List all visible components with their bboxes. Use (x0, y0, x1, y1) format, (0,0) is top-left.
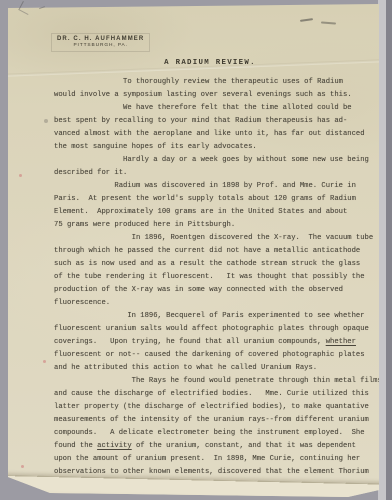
document-line: Paris. At present the world's supply tot… (54, 193, 372, 206)
document-line: described for it. (54, 167, 372, 180)
document-line: the most sanguine hopes of its early adv… (54, 141, 372, 154)
letterhead-name: DR. C. H. AUFHAMMER (57, 36, 144, 42)
document-line: and cause the discharge of electrified b… (54, 388, 372, 401)
document-line: compounds. A delicate electrometer being… (54, 427, 372, 440)
document-line: In 1896, Roentgen discovered the X-ray. … (54, 232, 372, 245)
document-line: such as is now used and as a result the … (54, 258, 372, 271)
pink-speck (21, 465, 24, 468)
document-line: vanced almost with the aeroplane and lik… (54, 128, 372, 141)
document-title: A RADIUM REVIEW. (54, 59, 366, 67)
document-line: In 1896, Becquerel of Paris experimented… (54, 310, 372, 323)
gray-speck (44, 119, 48, 123)
document-line: latter property (the discharge of electr… (54, 401, 372, 414)
document-line: The Rays he found would penetrate throug… (54, 375, 372, 388)
scanned-document-photo: DR. C. H. AUFHAMMER PITTSBURGH, PA. A RA… (0, 0, 392, 500)
document-line: would involve a symposium lasting over s… (54, 89, 372, 102)
document-line: through which he passed the current did … (54, 245, 372, 258)
document-line: fluorescence. (54, 297, 372, 310)
document-line: coverings. Upon trying, he found that al… (54, 336, 372, 349)
document-line: We have therefore felt that the time all… (54, 102, 372, 115)
document-line: 75 grams were produced here in Pittsburg… (54, 219, 372, 232)
letterhead: DR. C. H. AUFHAMMER PITTSBURGH, PA. (51, 33, 150, 52)
pink-speck (43, 360, 46, 363)
document-line: Radium was discovered in 1898 by Prof. a… (54, 180, 372, 193)
pink-speck (19, 174, 22, 177)
document-line: and he attributed this action to what he… (54, 362, 372, 375)
document-line: Hardly a day or a week goes by without s… (54, 154, 372, 167)
document-line: upon the amount of uranium present. In 1… (54, 453, 372, 466)
letterhead-city: PITTSBURGH, PA. (57, 43, 144, 48)
document-line: To thoroughly review the therapeutic use… (54, 76, 372, 89)
document-line: Element. Approximately 100 grams are in … (54, 206, 372, 219)
document-line: of the tube rendering it fluorescent. It… (54, 271, 372, 284)
document-line: production of the X-ray was in some way … (54, 284, 372, 297)
document-body: To thoroughly review the therapeutic use… (54, 76, 372, 479)
letter-paper-sheet: DR. C. H. AUFHAMMER PITTSBURGH, PA. A RA… (8, 4, 379, 498)
document-line: measurements of the intensity of the ura… (54, 414, 372, 427)
document-line: fluorescent or not-- caused the darkenin… (54, 349, 372, 362)
document-line: found the activity of the uranium, const… (54, 440, 372, 453)
document-line: best spent by recalling to your mind tha… (54, 115, 372, 128)
document-line: fluorescent uranium salts would affect p… (54, 323, 372, 336)
